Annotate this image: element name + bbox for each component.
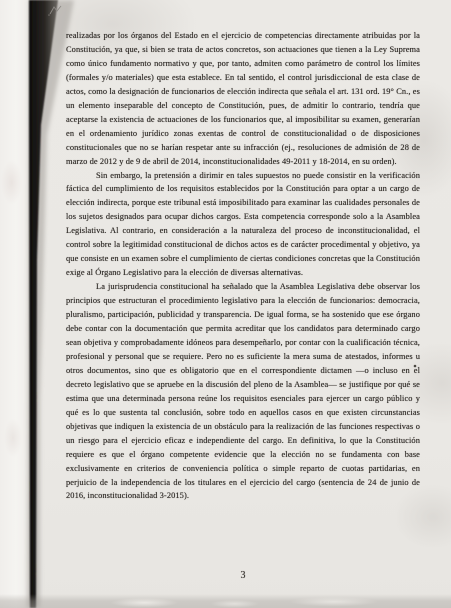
document-body: realizadas por los órganos del Estado en… <box>66 29 420 503</box>
scanned-document-page: realizadas por los órganos del Estado en… <box>0 0 451 608</box>
pencil-dot <box>48 14 50 16</box>
scan-bottom-shadow <box>0 594 451 608</box>
page-number: 3 <box>66 570 420 581</box>
paragraph-1: realizadas por los órganos del Estado en… <box>66 29 420 169</box>
paragraph-2: Sin embargo, la pretensión a dirimir en … <box>66 169 420 281</box>
paragraph-3: La jurisprudencia constitucional ha seña… <box>66 280 420 503</box>
